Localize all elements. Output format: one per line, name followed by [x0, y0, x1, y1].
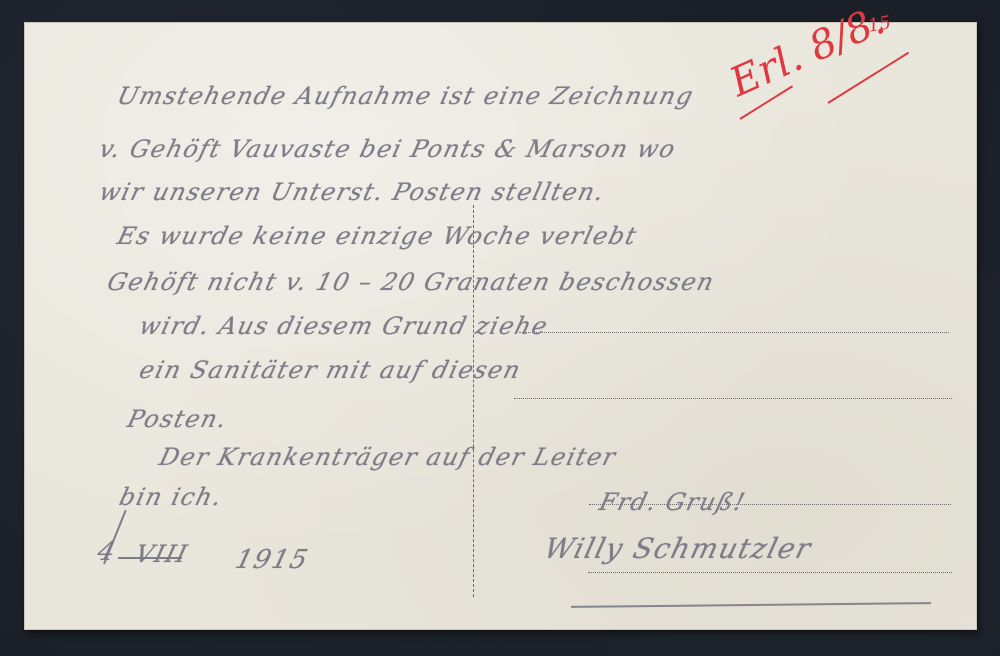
signature: Willy Schmutzler: [541, 532, 815, 565]
date-month: VIII: [133, 540, 192, 568]
message-line: v. Gehöft Vauvaste bei Ponts & Marson wo: [97, 135, 680, 163]
message-line: wir unseren Unterst. Posten stellten.: [97, 178, 609, 206]
message-line: Gehöft nicht v. 10 – 20 Granaten beschos…: [105, 268, 718, 296]
date-month-underline: [118, 557, 182, 559]
closing-greeting: Frd. Gruß!: [597, 488, 750, 516]
message-line: bin ich.: [117, 483, 226, 511]
address-line-2: [514, 398, 952, 399]
message-line: ein Sanitäter mit auf diesen: [137, 356, 525, 384]
date-year: 1915: [232, 545, 312, 575]
red-annotation-year: 15: [866, 12, 892, 37]
center-divider: [473, 205, 474, 597]
message-line: wird. Aus diesem Grund ziehe: [137, 312, 552, 340]
message-line: Es wurde keine einzige Woche verlebt: [115, 222, 641, 250]
message-line: Umstehende Aufnahme ist eine Zeichnung: [115, 82, 698, 110]
message-line: Posten.: [125, 405, 231, 433]
message-line: Der Krankenträger auf der Leiter: [157, 443, 620, 471]
address-line-4: [588, 572, 952, 573]
address-line-1: [519, 332, 949, 333]
